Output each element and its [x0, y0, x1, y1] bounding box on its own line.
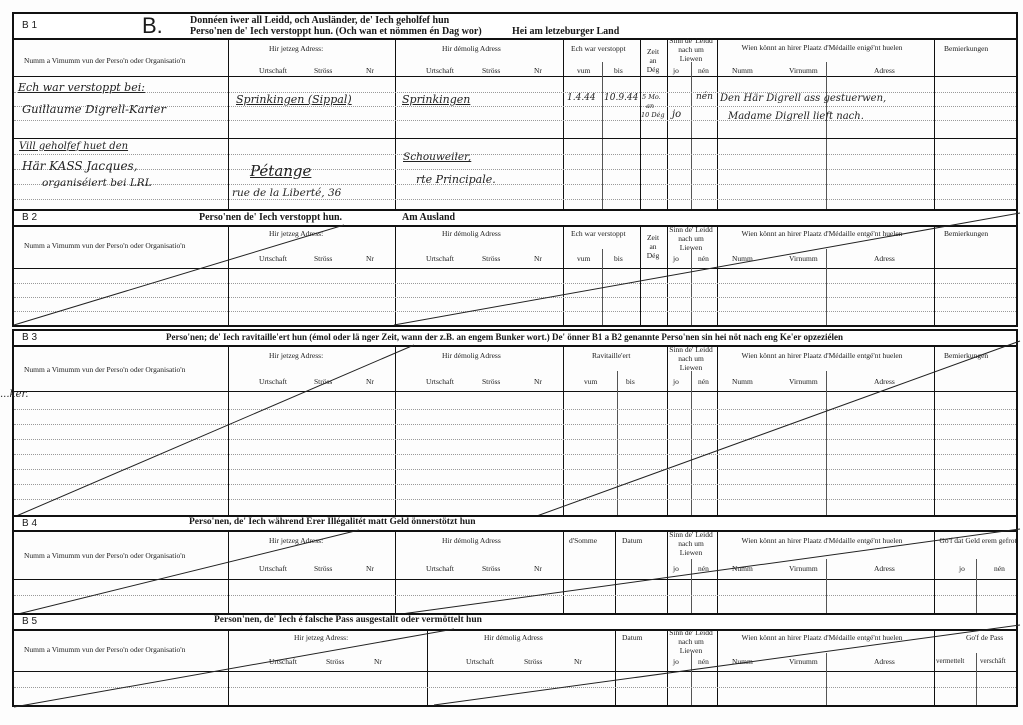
col-nr: Nr — [534, 377, 542, 386]
col-urtschaft: Urtschaft — [426, 377, 454, 386]
col-zeit-header: Zeit an Dég — [644, 47, 662, 74]
section-b2: B 2 Perso'nen de' Iech verstoppt hun. Am… — [12, 209, 1018, 327]
col-medal-header: Wien könnt an hirer Plaatz d'Médaille en… — [734, 351, 910, 360]
entry1-name-line1: Ech war verstoppt bei: — [18, 82, 145, 93]
col-hidden-header: Ech war verstoppt — [571, 44, 626, 53]
section-b4: B 4 Perso'nen, de' Iech während Erer Ill… — [12, 515, 1018, 615]
col-name-header: Numm a Vimumm vun der Perso'n oder Organ… — [24, 56, 185, 65]
col-supplied-header: Ravitaille'ert — [592, 351, 630, 360]
col-numm: Numm — [732, 254, 753, 263]
col-mediated: vermettelt — [936, 657, 964, 666]
entry2-former-address-line2: rte Principale. — [416, 174, 496, 185]
col-urtschaft: Urtschaft — [426, 66, 454, 75]
section-title-line1: Donnéen iwer all Leidd, och Ausländer, d… — [190, 15, 449, 26]
col-medal-header: Wien könnt an hirer Plaatz d'Médaille en… — [734, 536, 910, 545]
section-b1: B 1 B. Donnéen iwer all Leidd, och Auslä… — [12, 12, 1018, 212]
col-jo: jo — [959, 564, 965, 573]
col-medal-header: Wien könnt an hirer Plaatz d'Médaille en… — [734, 43, 910, 52]
section-code: B 3 — [22, 332, 37, 343]
col-stross: Ströss — [482, 254, 500, 263]
section-title-line2: Perso'nen de' Iech verstoppt hun. (Och w… — [190, 26, 482, 37]
section-title: Perso'nen, de' Iech während Erer Illégal… — [189, 517, 476, 527]
col-stross: Ströss — [314, 254, 332, 263]
col-jo: jo — [673, 564, 679, 573]
col-virnumm: Virnumm — [789, 564, 818, 573]
col-former-address-header: Hir démolig Adress — [442, 229, 501, 238]
col-former-address-header: Hir démolig Adress — [442, 44, 501, 53]
col-nr: Nr — [366, 254, 374, 263]
col-divider — [602, 62, 603, 210]
col-urtschaft: Urtschaft — [269, 657, 297, 666]
section-code: B 2 — [22, 212, 37, 223]
col-current-address-header: Hir jetzeg Adress: — [269, 44, 323, 53]
col-nr: Nr — [574, 657, 582, 666]
section-title: Perso'nen; de' Iech ravitaille'ert hun (… — [166, 332, 843, 342]
entry1-zeit-line1: 5 Mo. — [642, 94, 661, 101]
col-urtschaft: Urtschaft — [426, 564, 454, 573]
col-jo: jo — [673, 377, 679, 386]
col-remarks-header: Bemierkungen — [944, 351, 988, 360]
col-nr: Nr — [366, 66, 374, 75]
section-code: B 5 — [22, 616, 37, 627]
entry1-medal-line1: Den Här Digrell ass gestuerwen, — [720, 94, 886, 104]
col-name-header: Numm a Vimumm vun der Perso'n oder Organ… — [24, 551, 185, 560]
col-remarks-header: Bemierkungen — [944, 229, 988, 238]
col-urtschaft: Urtschaft — [259, 254, 287, 263]
col-hidden-header: Ech war verstoppt — [571, 229, 626, 238]
col-current-address-header: Hir jetzeg Adress: — [269, 229, 323, 238]
col-nr: Nr — [534, 564, 542, 573]
col-former-address-header: Hir démolig Adress — [484, 633, 543, 642]
col-former-address-header: Hir démolig Adress — [442, 536, 501, 545]
col-stross: Ströss — [326, 657, 344, 666]
entry1-jo: jo — [672, 110, 681, 120]
col-sum-header: d'Somme — [569, 536, 597, 545]
section-title-bar: B 1 B. Donnéen iwer all Leidd, och Auslä… — [14, 14, 1016, 40]
col-nr: Nr — [366, 377, 374, 386]
section-title-bar: B 5 Person'nen, de' Iech é falsche Pass … — [14, 615, 1016, 631]
col-nen: nén — [698, 66, 709, 75]
col-vum: vum — [584, 377, 597, 386]
col-bis: bis — [614, 66, 623, 75]
col-procured: verschäft — [980, 657, 1006, 666]
col-stross: Ströss — [482, 66, 500, 75]
entry1-nen: nén — [696, 93, 713, 102]
col-former-address-header: Hir démolig Adress — [442, 351, 501, 360]
margin-note: ...ker. — [0, 390, 28, 400]
col-stross: Ströss — [314, 377, 332, 386]
col-jo: jo — [673, 254, 679, 263]
section-title-right: Hei am letzeburger Land — [512, 26, 619, 37]
col-stross: Ströss — [524, 657, 542, 666]
col-nen: nén — [698, 254, 709, 263]
col-date-header: Datum — [622, 633, 642, 642]
form-letter: B. — [142, 13, 163, 39]
col-name-header: Numm a Vimumm vun der Perso'n oder Organ… — [24, 645, 185, 654]
section-title-bar: B 4 Perso'nen, de' Iech während Erer Ill… — [14, 517, 1016, 532]
col-medal-header: Wien könnt an hirer Plaatz d'Médaille en… — [734, 633, 910, 642]
col-numm: Numm — [732, 564, 753, 573]
col-vum: vum — [577, 66, 590, 75]
col-name-header: Numm a Vimumm vun der Perso'n oder Organ… — [24, 241, 185, 250]
section-title: Perso'nen de' Iech verstoppt hun. — [199, 212, 342, 223]
col-current-address-header: Hir jetzeg Adress: — [294, 633, 348, 642]
col-divider — [826, 62, 827, 210]
entry1-zeit-line2: an — [646, 103, 654, 110]
entry2-former-address-line1: Schouweiler, — [403, 152, 471, 163]
col-stross: Ströss — [314, 564, 332, 573]
col-numm: Numm — [732, 377, 753, 386]
col-vum: vum — [577, 254, 590, 263]
entry2-current-address-line2: rue de la Liberté, 36 — [232, 188, 341, 199]
entry1-former-address: Sprinkingen — [402, 94, 470, 105]
col-date-header: Datum — [622, 536, 642, 545]
section-code: B 4 — [22, 518, 37, 529]
col-suffered-header: Sinn de' Leidd nach um Liewen — [667, 628, 715, 655]
col-adress: Adress — [874, 254, 895, 263]
col-jo: jo — [673, 66, 679, 75]
col-pass-header: Go'f de Pass — [966, 633, 1003, 642]
section-b3: B 3 Perso'nen; de' Iech ravitaille'ert h… — [12, 329, 1018, 517]
col-urtschaft: Urtschaft — [259, 564, 287, 573]
section-title: Person'nen, de' Iech é falsche Pass ausg… — [214, 615, 482, 625]
section-code: B 1 — [22, 20, 37, 31]
col-name-header: Numm a Vimumm vun der Perso'n oder Organ… — [24, 365, 185, 374]
entry1-name-line2: Guillaume Digrell-Karier — [22, 104, 166, 116]
col-divider — [691, 62, 692, 210]
col-urtschaft: Urtschaft — [466, 657, 494, 666]
row-divider — [14, 138, 1016, 139]
entry2-current-address-line1: Pétange — [250, 164, 311, 179]
col-remarks-header: Bemierkungen — [944, 44, 988, 53]
col-current-address-header: Hir jetzeg Adress: — [269, 536, 323, 545]
section-title-right: Am Ausland — [402, 212, 455, 223]
col-suffered-header: Sinn de' Leidd nach um Liewen — [667, 36, 715, 63]
col-nr: Nr — [534, 66, 542, 75]
entry2-name-line2: Här KASS Jacques, — [22, 160, 138, 172]
col-urtschaft: Urtschaft — [426, 254, 454, 263]
col-stross: Ströss — [482, 564, 500, 573]
header-divider — [14, 579, 1016, 580]
section-b5: B 5 Person'nen, de' Iech é falsche Pass … — [12, 613, 1018, 707]
col-virnumm: Virnumm — [789, 254, 818, 263]
col-current-address-header: Hir jetzeg Adress: — [269, 351, 323, 360]
section-title-bar: B 2 Perso'nen de' Iech verstoppt hun. Am… — [14, 211, 1016, 227]
col-stross: Ströss — [482, 377, 500, 386]
col-nen: nén — [994, 564, 1005, 573]
entry1-bis: 10.9.44 — [604, 94, 638, 103]
entry1-zeit-line3: 10 Dég — [641, 112, 665, 119]
col-suffered-header: Sinn de' Leidd nach um Liewen — [667, 225, 715, 252]
col-suffered-header: Sinn de' Leidd nach um Liewen — [667, 530, 715, 557]
header-divider — [14, 268, 1016, 269]
col-virnumm: Virnumm — [789, 377, 818, 386]
col-virnumm: Virnumm — [789, 66, 818, 75]
entry1-vum: 1.4.44 — [567, 94, 596, 103]
col-urtschaft: Urtschaft — [259, 66, 287, 75]
col-nr: Nr — [534, 254, 542, 263]
entry2-name-line1: Vill geholfef huet den — [19, 142, 128, 152]
col-numm: Numm — [732, 66, 753, 75]
col-numm: Numm — [732, 657, 753, 666]
col-virnumm: Virnumm — [789, 657, 818, 666]
col-adress: Adress — [874, 564, 895, 573]
col-jo: jo — [673, 657, 679, 666]
col-nr: Nr — [374, 657, 382, 666]
col-nr: Nr — [366, 564, 374, 573]
col-adress: Adress — [874, 657, 895, 666]
col-suffered-header: Sinn de' Leidd nach um Liewen — [667, 345, 715, 372]
col-stross: Ströss — [314, 66, 332, 75]
header-divider — [14, 76, 1016, 77]
col-zeit-header: Zeit an Dég — [644, 233, 662, 260]
header-divider — [14, 391, 1016, 392]
col-adress: Adress — [874, 66, 895, 75]
header-divider — [14, 671, 1016, 672]
col-adress: Adress — [874, 377, 895, 386]
cancel-diagonal-lines — [14, 517, 1020, 617]
entry1-medal-line2: Madame Digrell lieft nach. — [728, 112, 864, 122]
col-nen: nén — [698, 377, 709, 386]
col-bis: bis — [614, 254, 623, 263]
col-nen: nén — [698, 657, 709, 666]
entry1-current-address: Sprinkingen (Sippal) — [236, 94, 352, 105]
section-title-bar: B 3 Perso'nen; de' Iech ravitaille'ert h… — [14, 331, 1016, 347]
col-bis: bis — [626, 377, 635, 386]
col-nen: nén — [698, 564, 709, 573]
entry2-name-line3: organiséiert bei LRL — [42, 178, 152, 189]
col-urtschaft: Urtschaft — [259, 377, 287, 386]
col-medal-header: Wien könnt an hirer Plaatz d'Médaille en… — [734, 229, 910, 238]
col-money-back-header: Go'f dat Geld erem gefrot — [939, 536, 1017, 545]
